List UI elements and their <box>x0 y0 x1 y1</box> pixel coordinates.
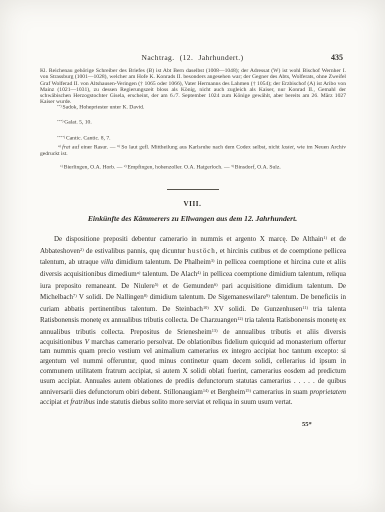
section-number: VIII. <box>0 200 385 208</box>
footnote-galater: ***) Galat. 5, 10. <box>40 118 346 126</box>
apparatus-footnote: a) frat auf einer Rasur. — b) So laut ge… <box>40 143 346 157</box>
running-title: Nachtrag. (12. Jahrhundert.) <box>40 53 345 62</box>
page-header: Nachtrag. (12. Jahrhundert.) 435 <box>40 53 345 65</box>
footnote-canticum: ****) Cantic. Cantic. 8, 7. <box>40 134 346 142</box>
section-divider-rule <box>167 189 219 190</box>
section-title: Einkünfte des Kämmerers zu Ellwangen aus… <box>0 214 385 223</box>
book-page: Nachtrag. (12. Jahrhundert.) 435 Kl. Rei… <box>0 0 385 512</box>
page-number: 435 <box>331 53 343 62</box>
footnote-sadok: **) Sadok, Hohepriester unter K. David. <box>40 103 346 111</box>
signature-mark: 55* <box>302 421 312 428</box>
editorial-note: Kl. Reichenau gehörige Schreiber des Bri… <box>40 68 346 106</box>
place-footnotes: 1) Bierlingen, O.A. Horb. — 2) Empfingen… <box>40 163 366 171</box>
body-paragraph: De dispositione prepositi debentur camer… <box>40 233 346 408</box>
